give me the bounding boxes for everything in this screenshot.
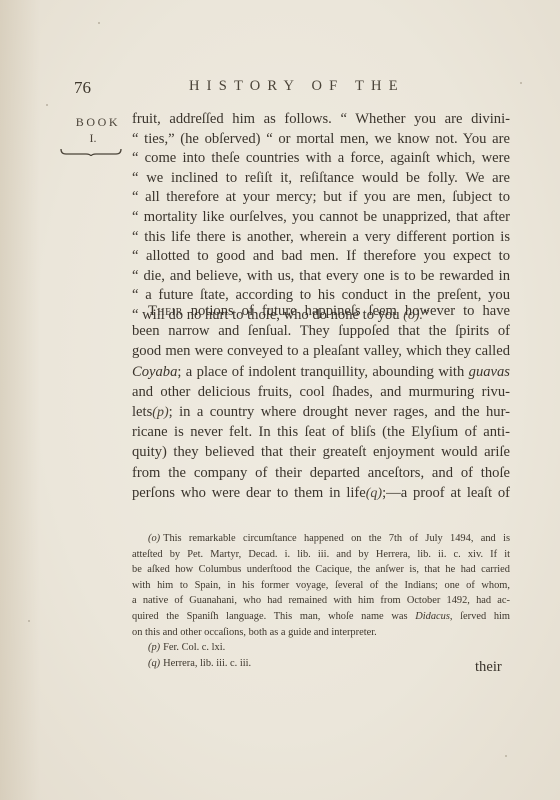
paper-speck bbox=[505, 755, 507, 757]
footnote-o-line: quired the Spaniſh language. This man, w… bbox=[132, 609, 510, 625]
text-line: perſons who were dear to them in life(q)… bbox=[132, 483, 510, 503]
text-fragment: Herrera, lib. iii. c. iii. bbox=[163, 658, 251, 669]
paper-speck bbox=[98, 22, 100, 24]
text-line: ricane is never felt. In this ſeat of bl… bbox=[132, 422, 510, 442]
text-line: “ ties,” (he obſerved) “ or mortal men, … bbox=[132, 130, 510, 150]
text-fragment: ; a place of indolent tranquillity, abou… bbox=[177, 364, 468, 380]
footnote-ref-q[interactable]: (q) bbox=[366, 486, 382, 501]
running-title: HISTORY OF THE bbox=[189, 78, 405, 95]
text-line: “ allotted to good and bad men. If there… bbox=[132, 247, 510, 267]
paper-speck bbox=[46, 104, 48, 106]
text-fragment: lets bbox=[132, 404, 152, 420]
margin-volume-label: I. bbox=[52, 130, 134, 146]
text-fragment: quired the Spaniſh language. This man, w… bbox=[132, 611, 415, 622]
footnote-o-line: on this and other occaſions, both as a g… bbox=[132, 625, 510, 641]
footnote-q: (q)Herrera, lib. iii. c. iii. bbox=[132, 656, 510, 672]
brace-ornament-icon bbox=[60, 148, 122, 156]
text-line: “ die, and believe, with us, that every … bbox=[132, 267, 510, 287]
text-fragment: Fer. Col. c. lxi. bbox=[163, 642, 225, 653]
text-line: “ mortality like ourſelves, you cannot b… bbox=[132, 208, 510, 228]
book-page: 76 HISTORY OF THE BOOK I. fruit, addreſſ… bbox=[0, 0, 560, 800]
text-line: been narrow and ſenſual. They ſuppoſed t… bbox=[132, 321, 510, 341]
footnote-ref-p[interactable]: (p) bbox=[152, 405, 168, 420]
text-line: “ come into theſe countries with a force… bbox=[132, 149, 510, 169]
text-fragment: notions of future happineſs ſeem however… bbox=[183, 303, 510, 319]
text-line: from the company of their departed anceſ… bbox=[132, 463, 510, 483]
text-fragment: ; in a country where drought never rages… bbox=[169, 404, 510, 420]
text-line: “ this life there is another, wherein a … bbox=[132, 228, 510, 248]
margin-book-label: BOOK bbox=[62, 114, 134, 130]
text-line: Coyaba; a place of indolent tranquillity… bbox=[132, 362, 510, 382]
text-line: “ all therefore at your mercy; but if yo… bbox=[132, 188, 510, 208]
text-line: good men were conveyed to a pleaſant val… bbox=[132, 341, 510, 361]
text-line: Their notions of future happineſs ſeem h… bbox=[132, 301, 510, 321]
footnote-mark: (p) bbox=[148, 642, 160, 653]
footnote-mark: (q) bbox=[148, 658, 160, 669]
footnote-mark: (o) bbox=[148, 533, 160, 544]
margin-note: BOOK I. bbox=[62, 114, 134, 156]
footnote-o-line: a native of Guanahani, who had remained … bbox=[132, 593, 510, 609]
footnote-o-line: atteſted by Pet. Martyr, Decad. i. lib. … bbox=[132, 547, 510, 563]
text-fragment: , ſerved him bbox=[450, 611, 510, 622]
paragraph-main: Their notions of future happineſs ſeem h… bbox=[132, 301, 510, 503]
paper-speck bbox=[28, 620, 30, 622]
footnote-o-line: (o)This remarkable circumſtance happened… bbox=[132, 531, 510, 547]
text-fragment: ;—a proof at leaſt of bbox=[382, 485, 510, 501]
text-line: quity) they believed that their greateſt… bbox=[132, 442, 510, 462]
running-head: 76 HISTORY OF THE bbox=[74, 78, 504, 102]
footnote-p: (p)Fer. Col. c. lxi. bbox=[132, 640, 510, 656]
catchword: their bbox=[475, 659, 502, 676]
text-line: fruit, addreſſed him as follows. “ Wheth… bbox=[132, 110, 510, 130]
paragraph-quote: fruit, addreſſed him as follows. “ Wheth… bbox=[132, 110, 510, 326]
footnote-o-line: be aſked how Columbus underſtood the Cac… bbox=[132, 562, 510, 578]
text-line: and other delicious fruits, cool ſhades,… bbox=[132, 382, 510, 402]
text-line: lets(p); in a country where drought neve… bbox=[132, 402, 510, 422]
text-line: “ we inclined to reſiſt it, reſiſtance w… bbox=[132, 169, 510, 189]
text-fragment: This remarkable circumſtance happened on… bbox=[163, 533, 510, 544]
lead-word: Their bbox=[148, 303, 183, 319]
italic-term: Didacus bbox=[415, 611, 450, 622]
footnote-o-line: with him to Spain, in his former voyage,… bbox=[132, 578, 510, 594]
text-fragment: perſons who were dear to them in life bbox=[132, 485, 366, 501]
italic-term: guavas bbox=[469, 364, 510, 380]
paper-speck bbox=[520, 82, 522, 84]
footnotes: (o)This remarkable circumſtance happened… bbox=[132, 531, 510, 671]
page-number: 76 bbox=[74, 78, 91, 98]
italic-term: Coyaba bbox=[132, 364, 177, 380]
